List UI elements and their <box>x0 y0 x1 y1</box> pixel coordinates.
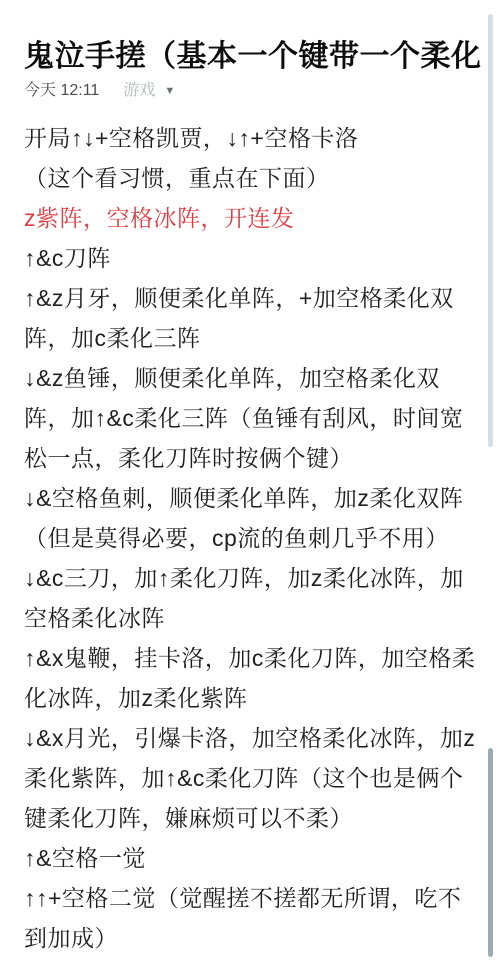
post-paragraph-7: ↓&c三刀，加↑柔化刀阵，加z柔化冰阵，加空格柔化冰阵 <box>24 558 476 638</box>
post-paragraph-4: ↑&z月牙，顺便柔化单阵，+加空格柔化双阵，加c柔化三阵 <box>24 278 476 358</box>
post-body: 开局↑↓+空格凯贾，↓↑+空格卡洛 （这个看习惯，重点在下面） z紫阵，空格冰阵… <box>24 118 476 958</box>
scrollbar-thumb[interactable] <box>488 748 493 957</box>
post-paragraph-8: ↑&x鬼鞭，挂卡洛，加c柔化刀阵，加空格柔化冰阵，加z柔化紫阵 <box>24 638 476 718</box>
post-title: 鬼泣手搓（基本一个键带一个柔化 <box>24 36 494 78</box>
post-paragraph-1: （这个看习惯，重点在下面） <box>24 158 476 198</box>
category-label: 游戏 <box>123 80 155 102</box>
post-paragraph-9: ↓&x月光，引爆卡洛，加空格柔化冰阵，加z柔化紫阵，加↑&c柔化刀阵（这个也是俩… <box>24 718 476 838</box>
post-timestamp: 今天 12:11 <box>24 80 99 102</box>
post-paragraph-2: z紫阵，空格冰阵，开连发 <box>24 198 476 238</box>
post-paragraph-0: 开局↑↓+空格凯贾，↓↑+空格卡洛 <box>24 118 476 158</box>
scrollbar-track <box>488 14 493 447</box>
post-paragraph-5: ↓&z鱼锤，顺便柔化单阵，加空格柔化双阵，加↑&c柔化三阵（鱼锤有刮风，时间宽松… <box>24 358 476 478</box>
post-paragraph-3: ↑&c刀阵 <box>24 238 476 278</box>
post-paragraph-10: ↑&空格一觉 <box>24 838 476 878</box>
post-paragraph-6: ↓&空格鱼刺，顺便柔化单阵，加z柔化双阵（但是莫得必要，cp流的鱼刺几乎不用） <box>24 478 476 558</box>
post-meta-row: 今天 12:11 游戏 ▼ <box>24 80 175 102</box>
category-dropdown[interactable]: 游戏 ▼ <box>123 80 175 102</box>
post-paragraph-11: ↑↑+空格二觉（觉醒搓不搓都无所谓，吃不到加成） <box>24 878 476 958</box>
chevron-down-icon: ▼ <box>164 86 175 97</box>
post-page: 鬼泣手搓（基本一个键带一个柔化 今天 12:11 游戏 ▼ 开局↑↓+空格凯贾，… <box>0 0 500 968</box>
